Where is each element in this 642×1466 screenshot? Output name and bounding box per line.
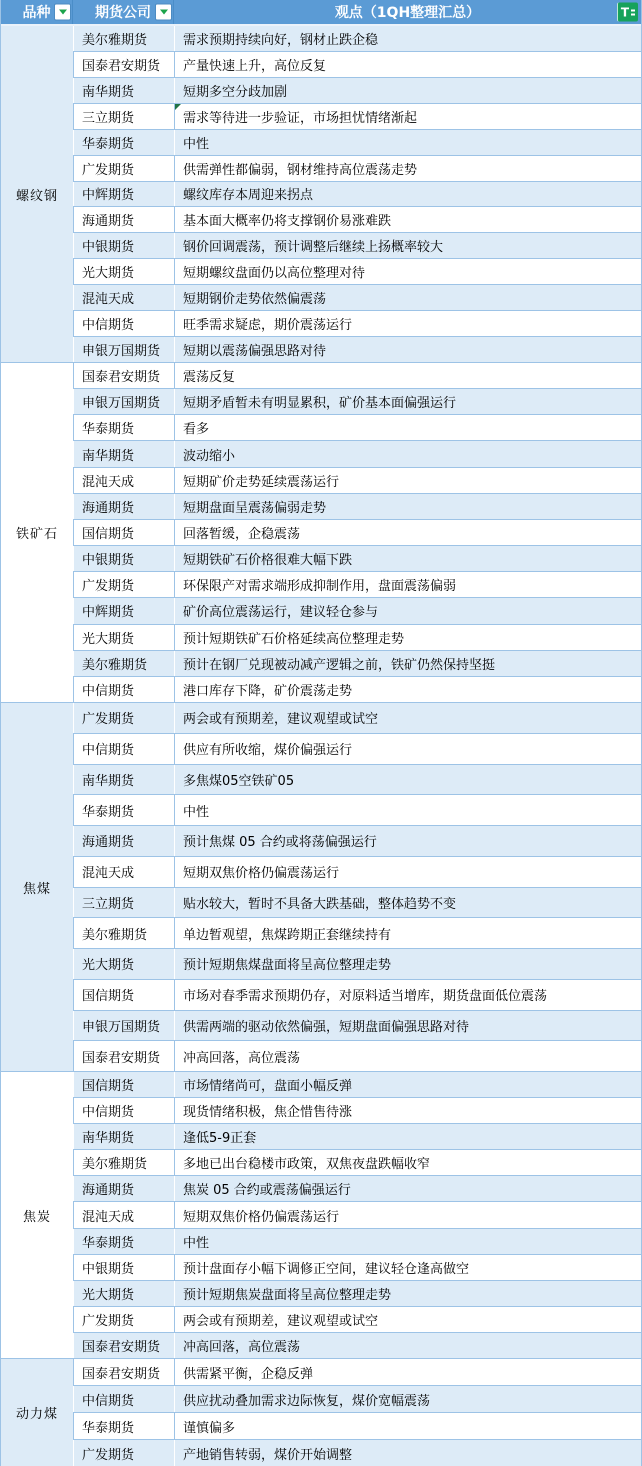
- viewpoint-text: 螺纹库存本周迎来拐点: [183, 184, 313, 203]
- company-cell[interactable]: 混沌天成: [73, 1202, 174, 1227]
- viewpoint-text: 波动缩小: [183, 445, 235, 464]
- viewpoint-cell[interactable]: 现货情绪积极，焦企惜售待涨: [174, 1098, 641, 1123]
- variety-cell[interactable]: 焦煤: [1, 703, 73, 1071]
- table-row: 华泰期货中性: [73, 795, 641, 826]
- commodity-section: 螺纹钢美尔雅期货需求预期持续向好，钢材止跌企稳国泰君安期货产量快速上升，高位反复…: [1, 26, 641, 363]
- company-cell[interactable]: 南华期货: [73, 78, 174, 103]
- company-cell[interactable]: 美尔雅期货: [73, 651, 174, 676]
- viewpoint-text: 供应有所收缩，煤价偏强运行: [183, 739, 352, 758]
- viewpoint-cell[interactable]: 短期矿价走势延续震荡运行: [174, 468, 641, 493]
- viewpoint-cell[interactable]: 供需两端的驱动依然偏强，短期盘面偏强思路对待: [174, 1011, 641, 1041]
- viewpoint-cell[interactable]: 两会或有预期差，建议观望或试空: [174, 703, 641, 733]
- viewpoint-text: 短期铁矿石价格很难大幅下跌: [183, 549, 352, 568]
- viewpoint-text: 冲高回落，高位震荡: [183, 1336, 300, 1355]
- viewpoint-text: 需求等待进一步验证，市场担忧情绪渐起: [183, 107, 417, 126]
- table-row: 美尔雅期货单边暂观望，焦煤跨期正套继续持有: [73, 918, 641, 949]
- viewpoint-cell[interactable]: 两会或有预期差，建议观望或试空: [174, 1307, 641, 1332]
- viewpoint-text: 震荡反复: [183, 366, 235, 385]
- viewpoint-cell[interactable]: 多地已出台稳楼市政策，双焦夜盘跌幅收窄: [174, 1150, 641, 1175]
- company-cell[interactable]: 混沌天成: [73, 857, 174, 887]
- table-row: 南华期货多焦煤05空铁矿05: [73, 765, 641, 796]
- table-row: 广发期货产地销售转弱，煤价开始调整: [73, 1440, 641, 1466]
- variety-cell[interactable]: 铁矿石: [1, 363, 73, 702]
- table-row: 三立期货需求等待进一步验证，市场担忧情绪渐起: [73, 104, 641, 130]
- viewpoint-text: 中性: [183, 133, 209, 152]
- viewpoint-cell[interactable]: 波动缩小: [174, 441, 641, 466]
- company-cell[interactable]: 广发期货: [73, 156, 174, 181]
- viewpoint-cell[interactable]: 供需弹性都偏弱，钢材维持高位震荡走势: [174, 156, 641, 181]
- viewpoint-cell[interactable]: 冲高回落，高位震荡: [174, 1041, 641, 1071]
- company-cell[interactable]: 混沌天成: [73, 468, 174, 493]
- company-cell[interactable]: 南华期货: [73, 765, 174, 795]
- table-row: 光大期货预计短期焦炭盘面将呈高位整理走势: [73, 1281, 641, 1307]
- viewpoint-text: 中性: [183, 801, 209, 820]
- company-cell[interactable]: 华泰期货: [73, 415, 174, 440]
- viewpoint-text: 现货情绪积极，焦企惜售待涨: [183, 1101, 352, 1120]
- table-row: 海通期货预计焦煤 05 合约或将荡偏强运行: [73, 826, 641, 857]
- table-row: 中银期货钢价回调震荡，预计调整后继续上扬概率较大: [73, 233, 641, 259]
- viewpoint-text: 预计短期焦煤盘面将呈高位整理走势: [183, 954, 391, 973]
- comment-indicator-icon: [175, 104, 181, 110]
- viewpoint-text: 冲高回落，高位震荡: [183, 1047, 300, 1066]
- table-row: 广发期货两会或有预期差，建议观望或试空: [73, 1307, 641, 1333]
- viewpoint-cell[interactable]: 预计焦煤 05 合约或将荡偏强运行: [174, 826, 641, 856]
- header-label-company: 期货公司: [95, 2, 151, 22]
- viewpoint-text: 供应扰动叠加需求边际恢复，煤价宽幅震荡: [183, 1390, 430, 1409]
- table-row: 中银期货短期铁矿石价格很难大幅下跌: [73, 546, 641, 572]
- viewpoint-text: 短期盘面呈震荡偏弱走势: [183, 497, 326, 516]
- viewpoint-cell[interactable]: 短期铁矿石价格很难大幅下跌: [174, 546, 641, 571]
- viewpoint-text: 预计盘面存小幅下调修正空间，建议轻仓逢高做空: [183, 1258, 469, 1277]
- viewpoint-cell[interactable]: 矿价高位震荡运行，建议轻仓参与: [174, 598, 641, 623]
- viewpoint-cell[interactable]: 多焦煤05空铁矿05: [174, 765, 641, 795]
- commodity-section: 动力煤国泰君安期货供需紧平衡，企稳反弹中信期货供应扰动叠加需求边际恢复，煤价宽幅…: [1, 1359, 641, 1466]
- company-cell[interactable]: 广发期货: [73, 1307, 174, 1332]
- table-row: 海通期货基本面大概率仍将支撑钢价易涨难跌: [73, 207, 641, 233]
- company-cell[interactable]: 中银期货: [73, 1255, 174, 1280]
- viewpoint-text: 短期双焦价格仍偏震荡运行: [183, 1206, 339, 1225]
- company-cell[interactable]: 中辉期货: [73, 182, 174, 207]
- table-row: 三立期货贴水较大，暂时不具备大跌基础，整体趋势不变: [73, 888, 641, 919]
- viewpoint-text: 供需两端的驱动依然偏强，短期盘面偏强思路对待: [183, 1016, 469, 1035]
- company-cell[interactable]: 华泰期货: [73, 1413, 174, 1439]
- viewpoint-cell[interactable]: 短期以震荡偏强思路对待: [174, 337, 641, 362]
- viewpoint-cell[interactable]: 逢低5-9正套: [174, 1124, 641, 1149]
- company-cell[interactable]: 华泰期货: [73, 130, 174, 155]
- header-label-variety: 品种: [23, 2, 51, 22]
- viewpoint-text: 港口库存下降，矿价震荡走势: [183, 680, 352, 699]
- company-cell[interactable]: 中辉期货: [73, 598, 174, 623]
- viewpoint-cell[interactable]: 需求预期持续向好，钢材止跌企稳: [174, 26, 641, 51]
- table-row: 中银期货预计盘面存小幅下调修正空间，建议轻仓逢高做空: [73, 1255, 641, 1281]
- table-row: 华泰期货中性: [73, 1229, 641, 1255]
- commodity-section: 焦煤广发期货两会或有预期差，建议观望或试空中信期货供应有所收缩，煤价偏强运行南华…: [1, 703, 641, 1072]
- viewpoint-text: 市场情绪尚可，盘面小幅反弹: [183, 1075, 352, 1094]
- viewpoint-cell[interactable]: 短期螺纹盘面仍以高位整理对待: [174, 259, 641, 284]
- viewpoint-cell[interactable]: 市场对春季需求预期仍存，对原料适当增库，期货盘面低位震荡: [174, 980, 641, 1010]
- table-row: 混沌天成短期钢价走势依然偏震荡: [73, 285, 641, 311]
- filter-dropdown-variety[interactable]: [55, 5, 70, 20]
- viewpoint-text: 多地已出台稳楼市政策，双焦夜盘跌幅收窄: [183, 1153, 430, 1172]
- table-row: 国泰君安期货震荡反复: [73, 363, 641, 389]
- company-cell[interactable]: 光大期货: [73, 1281, 174, 1306]
- viewpoint-cell[interactable]: 贴水较大，暂时不具备大跌基础，整体趋势不变: [174, 888, 641, 918]
- table-row: 中信期货现货情绪积极，焦企惜售待涨: [73, 1098, 641, 1124]
- viewpoint-text: 需求预期持续向好，钢材止跌企稳: [183, 29, 378, 48]
- commodity-section: 铁矿石国泰君安期货震荡反复申银万国期货短期矛盾暂未有明显累积，矿价基本面偏强运行…: [1, 363, 641, 703]
- viewpoint-cell[interactable]: 短期盘面呈震荡偏弱走势: [174, 494, 641, 519]
- company-cell[interactable]: 广发期货: [73, 1440, 174, 1466]
- variety-cell[interactable]: 焦炭: [1, 1072, 73, 1358]
- viewpoint-cell[interactable]: 短期钢价走势依然偏震荡: [174, 285, 641, 310]
- table-row: 国泰君安期货冲高回落，高位震荡: [73, 1041, 641, 1071]
- viewpoint-cell[interactable]: 单边暂观望，焦煤跨期正套继续持有: [174, 918, 641, 948]
- viewpoint-text: 短期矛盾暂未有明显累积，矿价基本面偏强运行: [183, 392, 456, 411]
- company-cell[interactable]: 中银期货: [73, 546, 174, 571]
- company-cell[interactable]: 海通期货: [73, 826, 174, 856]
- table-row: 海通期货短期盘面呈震荡偏弱走势: [73, 494, 641, 520]
- viewpoint-text: 产量快速上升，高位反复: [183, 55, 326, 74]
- viewpoint-text: 预计在钢厂兑现被动减产逻辑之前，铁矿仍然保持坚挺: [183, 654, 495, 673]
- viewpoint-cell[interactable]: 中性: [174, 795, 641, 825]
- table-row: 国泰君安期货供需紧平衡，企稳反弹: [73, 1359, 641, 1386]
- viewpoint-cell[interactable]: 冲高回落，高位震荡: [174, 1333, 641, 1358]
- company-cell[interactable]: 中信期货: [73, 1098, 174, 1123]
- table-row: 华泰期货谨慎偏多: [73, 1413, 641, 1440]
- viewpoint-cell[interactable]: 短期双焦价格仍偏震荡运行: [174, 1202, 641, 1227]
- table-row: 华泰期货中性: [73, 130, 641, 156]
- viewpoint-cell[interactable]: 震荡反复: [174, 363, 641, 388]
- company-cell[interactable]: 广发期货: [73, 703, 174, 733]
- viewpoint-text: 看多: [183, 418, 209, 437]
- viewpoint-text: 基本面大概率仍将支撑钢价易涨难跌: [183, 210, 391, 229]
- viewpoint-cell[interactable]: 供应有所收缩，煤价偏强运行: [174, 734, 641, 764]
- table-tool-icon[interactable]: T: [617, 3, 638, 22]
- viewpoint-text: 预计短期铁矿石价格延续高位整理走势: [183, 628, 404, 647]
- header-cell-viewpoint[interactable]: 观点（1QH整理汇总） T: [174, 0, 641, 24]
- viewpoint-cell[interactable]: 基本面大概率仍将支撑钢价易涨难跌: [174, 207, 641, 232]
- company-cell[interactable]: 南华期货: [73, 441, 174, 466]
- viewpoint-cell[interactable]: 短期双焦价格仍偏震荡运行: [174, 857, 641, 887]
- viewpoint-text: 环保限产对需求端形成抑制作用，盘面震荡偏弱: [183, 575, 456, 594]
- viewpoint-text: 短期多空分歧加剧: [183, 81, 287, 100]
- section-rows: 国信期货市场情绪尚可，盘面小幅反弹中信期货现货情绪积极，焦企惜售待涨南华期货逢低…: [73, 1072, 641, 1358]
- table-row: 申银万国期货供需两端的驱动依然偏强，短期盘面偏强思路对待: [73, 1011, 641, 1042]
- table-header: 品种 期货公司 观点（1QH整理汇总） T: [1, 0, 641, 26]
- table-row: 混沌天成短期矿价走势延续震荡运行: [73, 468, 641, 494]
- viewpoint-cell[interactable]: 中性: [174, 1229, 641, 1254]
- section-rows: 广发期货两会或有预期差，建议观望或试空中信期货供应有所收缩，煤价偏强运行南华期货…: [73, 703, 641, 1071]
- viewpoint-cell[interactable]: 产量快速上升，高位反复: [174, 52, 641, 77]
- viewpoint-cell[interactable]: 产地销售转弱，煤价开始调整: [174, 1440, 641, 1466]
- viewpoint-text: 供需紧平衡，企稳反弹: [183, 1363, 313, 1382]
- table-row: 美尔雅期货多地已出台稳楼市政策，双焦夜盘跌幅收窄: [73, 1150, 641, 1176]
- company-cell[interactable]: 国信期货: [73, 980, 174, 1010]
- viewpoint-text: 焦炭 05 合约或震荡偏强运行: [183, 1179, 351, 1198]
- table-row: 申银万国期货短期以震荡偏强思路对待: [73, 337, 641, 362]
- company-cell[interactable]: 申银万国期货: [73, 337, 174, 362]
- company-cell[interactable]: 华泰期货: [73, 795, 174, 825]
- viewpoint-cell[interactable]: 谨慎偏多: [174, 1413, 641, 1439]
- viewpoint-text: 预计焦煤 05 合约或将荡偏强运行: [183, 831, 377, 850]
- viewpoint-text: 贴水较大，暂时不具备大跌基础，整体趋势不变: [183, 893, 456, 912]
- table-row: 国信期货回落暂缓，企稳震荡: [73, 520, 641, 546]
- table-row: 中信期货供应扰动叠加需求边际恢复，煤价宽幅震荡: [73, 1386, 641, 1413]
- company-cell[interactable]: 美尔雅期货: [73, 26, 174, 51]
- table-row: 光大期货预计短期铁矿石价格延续高位整理走势: [73, 625, 641, 651]
- table-row: 中信期货港口库存下降，矿价震荡走势: [73, 677, 641, 702]
- table-row: 申银万国期货短期矛盾暂未有明显累积，矿价基本面偏强运行: [73, 389, 641, 415]
- company-cell[interactable]: 中银期货: [73, 233, 174, 258]
- company-cell[interactable]: 海通期货: [73, 207, 174, 232]
- table-row: 混沌天成短期双焦价格仍偏震荡运行: [73, 857, 641, 888]
- company-cell[interactable]: 美尔雅期货: [73, 918, 174, 948]
- viewpoint-text: 预计短期焦炭盘面将呈高位整理走势: [183, 1284, 391, 1303]
- table-row: 中信期货旺季需求疑虑，期价震荡运行: [73, 311, 641, 337]
- company-cell[interactable]: 中信期货: [73, 1386, 174, 1412]
- company-cell[interactable]: 中信期货: [73, 677, 174, 702]
- viewpoint-cell[interactable]: 旺季需求疑虑，期价震荡运行: [174, 311, 641, 336]
- company-cell[interactable]: 国泰君安期货: [73, 1333, 174, 1358]
- variety-cell[interactable]: 动力煤: [1, 1359, 73, 1466]
- table-row: 光大期货短期螺纹盘面仍以高位整理对待: [73, 259, 641, 285]
- company-cell[interactable]: 海通期货: [73, 494, 174, 519]
- table-row: 海通期货焦炭 05 合约或震荡偏强运行: [73, 1176, 641, 1202]
- company-cell[interactable]: 国泰君安期货: [73, 1359, 174, 1385]
- filter-arrow-icon: [59, 10, 67, 15]
- company-cell[interactable]: 光大期货: [73, 259, 174, 284]
- company-cell[interactable]: 申银万国期货: [73, 389, 174, 414]
- viewpoint-text: 短期以震荡偏强思路对待: [183, 340, 326, 359]
- viewpoint-text: 钢价回调震荡，预计调整后继续上扬概率较大: [183, 236, 443, 255]
- company-cell[interactable]: 国泰君安期货: [73, 1041, 174, 1071]
- table-row: 南华期货逢低5-9正套: [73, 1124, 641, 1150]
- table-row: 美尔雅期货预计在钢厂兑现被动减产逻辑之前，铁矿仍然保持坚挺: [73, 651, 641, 677]
- viewpoint-text: 中性: [183, 1232, 209, 1251]
- viewpoint-text: 短期钢价走势依然偏震荡: [183, 288, 326, 307]
- company-cell[interactable]: 海通期货: [73, 1176, 174, 1201]
- viewpoint-cell[interactable]: 中性: [174, 130, 641, 155]
- section-rows: 国泰君安期货震荡反复申银万国期货短期矛盾暂未有明显累积，矿价基本面偏强运行华泰期…: [73, 363, 641, 702]
- company-cell[interactable]: 中信期货: [73, 734, 174, 764]
- company-cell[interactable]: 国泰君安期货: [73, 52, 174, 77]
- viewpoint-cell[interactable]: 需求等待进一步验证，市场担忧情绪渐起: [174, 104, 641, 129]
- viewpoint-cell[interactable]: 螺纹库存本周迎来拐点: [174, 182, 641, 207]
- viewpoint-cell[interactable]: 短期矛盾暂未有明显累积，矿价基本面偏强运行: [174, 389, 641, 414]
- header-cell-variety[interactable]: 品种: [1, 0, 73, 24]
- table-row: 国泰君安期货冲高回落，高位震荡: [73, 1333, 641, 1358]
- viewpoint-text: 短期双焦价格仍偏震荡运行: [183, 862, 339, 881]
- viewpoint-cell[interactable]: 看多: [174, 415, 641, 440]
- viewpoint-cell[interactable]: 港口库存下降，矿价震荡走势: [174, 677, 641, 702]
- commodity-section: 焦炭国信期货市场情绪尚可，盘面小幅反弹中信期货现货情绪积极，焦企惜售待涨南华期货…: [1, 1072, 641, 1359]
- table-row: 光大期货预计短期焦煤盘面将呈高位整理走势: [73, 949, 641, 980]
- table-tool-icon-lines: [631, 9, 635, 15]
- spreadsheet-table: 品种 期货公司 观点（1QH整理汇总） T 螺纹钢美尔雅期货需求预期持续向好，钢…: [0, 0, 642, 1466]
- table-row: 美尔雅期货需求预期持续向好，钢材止跌企稳: [73, 26, 641, 52]
- table-row: 中辉期货螺纹库存本周迎来拐点: [73, 182, 641, 208]
- table-tool-icon-letter: T: [621, 5, 629, 19]
- table-row: 华泰期货看多: [73, 415, 641, 441]
- company-cell[interactable]: 国信期货: [73, 520, 174, 545]
- company-cell[interactable]: 中信期货: [73, 311, 174, 336]
- viewpoint-text: 短期矿价走势延续震荡运行: [183, 471, 339, 490]
- company-cell[interactable]: 光大期货: [73, 625, 174, 650]
- header-label-viewpoint: 观点（1QH整理汇总）: [335, 2, 480, 22]
- viewpoint-text: 两会或有预期差，建议观望或试空: [183, 1310, 378, 1329]
- table-row: 广发期货两会或有预期差，建议观望或试空: [73, 703, 641, 734]
- header-cell-company[interactable]: 期货公司: [73, 0, 174, 24]
- company-cell[interactable]: 美尔雅期货: [73, 1150, 174, 1175]
- table-row: 广发期货环保限产对需求端形成抑制作用，盘面震荡偏弱: [73, 572, 641, 598]
- viewpoint-text: 多焦煤05空铁矿05: [183, 770, 294, 789]
- viewpoint-text: 供需弹性都偏弱，钢材维持高位震荡走势: [183, 159, 417, 178]
- table-row: 中信期货供应有所收缩，煤价偏强运行: [73, 734, 641, 765]
- variety-cell[interactable]: 螺纹钢: [1, 26, 73, 362]
- viewpoint-cell[interactable]: 预计在钢厂兑现被动减产逻辑之前，铁矿仍然保持坚挺: [174, 651, 641, 676]
- company-cell[interactable]: 华泰期货: [73, 1229, 174, 1254]
- table-row: 国泰君安期货产量快速上升，高位反复: [73, 52, 641, 78]
- viewpoint-text: 逢低5-9正套: [183, 1127, 256, 1146]
- table-body: 螺纹钢美尔雅期货需求预期持续向好，钢材止跌企稳国泰君安期货产量快速上升，高位反复…: [1, 26, 641, 1466]
- table-row: 中辉期货矿价高位震荡运行，建议轻仓参与: [73, 598, 641, 624]
- table-row: 南华期货短期多空分歧加剧: [73, 78, 641, 104]
- table-row: 南华期货波动缩小: [73, 441, 641, 467]
- viewpoint-cell[interactable]: 供需紧平衡，企稳反弹: [174, 1359, 641, 1385]
- company-cell[interactable]: 三立期货: [73, 888, 174, 918]
- viewpoint-cell[interactable]: 预计短期铁矿石价格延续高位整理走势: [174, 625, 641, 650]
- viewpoint-cell[interactable]: 环保限产对需求端形成抑制作用，盘面震荡偏弱: [174, 572, 641, 597]
- company-cell[interactable]: 申银万国期货: [73, 1011, 174, 1041]
- viewpoint-text: 市场对春季需求预期仍存，对原料适当增库，期货盘面低位震荡: [183, 985, 547, 1004]
- viewpoint-cell[interactable]: 预计短期焦煤盘面将呈高位整理走势: [174, 949, 641, 979]
- table-row: 广发期货供需弹性都偏弱，钢材维持高位震荡走势: [73, 156, 641, 182]
- company-cell[interactable]: 光大期货: [73, 949, 174, 979]
- viewpoint-cell[interactable]: 短期多空分歧加剧: [174, 78, 641, 103]
- section-rows: 国泰君安期货供需紧平衡，企稳反弹中信期货供应扰动叠加需求边际恢复，煤价宽幅震荡华…: [73, 1359, 641, 1466]
- company-cell[interactable]: 广发期货: [73, 572, 174, 597]
- viewpoint-text: 回落暂缓，企稳震荡: [183, 523, 300, 542]
- viewpoint-text: 矿价高位震荡运行，建议轻仓参与: [183, 601, 378, 620]
- viewpoint-cell[interactable]: 钢价回调震荡，预计调整后继续上扬概率较大: [174, 233, 641, 258]
- viewpoint-cell[interactable]: 市场情绪尚可，盘面小幅反弹: [174, 1072, 641, 1097]
- viewpoint-text: 两会或有预期差，建议观望或试空: [183, 708, 378, 727]
- table-row: 国信期货市场情绪尚可，盘面小幅反弹: [73, 1072, 641, 1098]
- company-cell[interactable]: 国信期货: [73, 1072, 174, 1097]
- company-cell[interactable]: 国泰君安期货: [73, 363, 174, 388]
- viewpoint-cell[interactable]: 预计短期焦炭盘面将呈高位整理走势: [174, 1281, 641, 1306]
- company-cell[interactable]: 三立期货: [73, 104, 174, 129]
- filter-dropdown-company[interactable]: [156, 5, 171, 20]
- viewpoint-cell[interactable]: 焦炭 05 合约或震荡偏强运行: [174, 1176, 641, 1201]
- section-rows: 美尔雅期货需求预期持续向好，钢材止跌企稳国泰君安期货产量快速上升，高位反复南华期…: [73, 26, 641, 362]
- table-row: 混沌天成短期双焦价格仍偏震荡运行: [73, 1202, 641, 1228]
- table-row: 国信期货市场对春季需求预期仍存，对原料适当增库，期货盘面低位震荡: [73, 980, 641, 1011]
- filter-arrow-icon: [160, 10, 168, 15]
- viewpoint-text: 短期螺纹盘面仍以高位整理对待: [183, 262, 365, 281]
- company-cell[interactable]: 混沌天成: [73, 285, 174, 310]
- company-cell[interactable]: 南华期货: [73, 1124, 174, 1149]
- viewpoint-cell[interactable]: 预计盘面存小幅下调修正空间，建议轻仓逢高做空: [174, 1255, 641, 1280]
- viewpoint-cell[interactable]: 供应扰动叠加需求边际恢复，煤价宽幅震荡: [174, 1386, 641, 1412]
- viewpoint-text: 谨慎偏多: [183, 1417, 235, 1436]
- viewpoint-cell[interactable]: 回落暂缓，企稳震荡: [174, 520, 641, 545]
- viewpoint-text: 产地销售转弱，煤价开始调整: [183, 1444, 352, 1463]
- viewpoint-text: 旺季需求疑虑，期价震荡运行: [183, 314, 352, 333]
- viewpoint-text: 单边暂观望，焦煤跨期正套继续持有: [183, 924, 391, 943]
